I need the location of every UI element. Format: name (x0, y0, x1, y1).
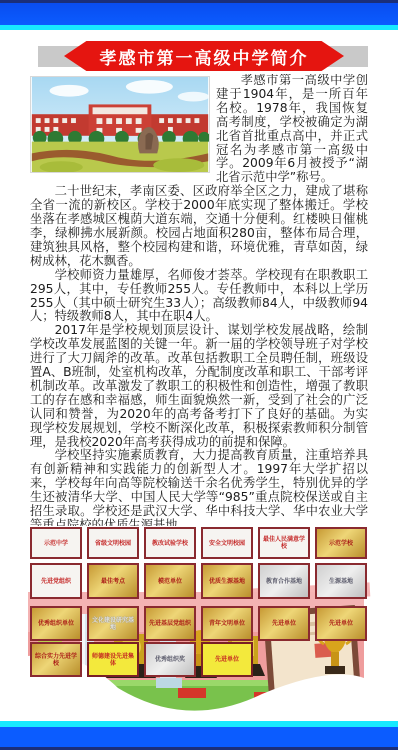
top-cyan-stripe (0, 25, 398, 30)
award-plaque: 先进单位 (315, 606, 367, 641)
school-campus-photo (30, 76, 210, 173)
award-plaque: 优秀组织单位 (30, 606, 82, 641)
title-banner-ribbon: 孝感市第一高级中学简介 (64, 41, 344, 71)
award-plaque: 先进党组织 (30, 563, 82, 599)
award-plaque: 青年文明单位 (201, 606, 253, 641)
paragraph-reform: 2017年是学校规划顶层设计、谋划学校发展战略，绘制学校改革发展蓝图的关键一年。… (30, 324, 368, 449)
award-plaque: 先进单位 (201, 642, 253, 677)
award-plaque: 示范学校 (315, 527, 367, 559)
award-plaque: 先进单位 (258, 606, 310, 641)
award-plaque: 优秀组织奖 (144, 642, 196, 677)
award-plaque: 优质生源基地 (201, 563, 253, 599)
article-body: 孝感市第一高级中学创建于1904年，是一所百年名校。1978年，我国恢复高考制度… (30, 74, 368, 526)
award-plaque: 文化建设研究基地 (87, 606, 139, 641)
award-plaque: 教育合作基地 (258, 563, 310, 599)
award-plaque: 安全文明校园 (201, 527, 253, 559)
school-intro-poster: 孝感市第一高级中学简介 (0, 0, 398, 750)
top-blue-bar (0, 3, 398, 25)
award-plaque: 最佳人民满意学校 (258, 527, 310, 559)
award-plaque: 生源基地 (315, 563, 367, 599)
paragraph-faculty: 学校师资力量雄厚，名师俊才荟萃。学校现有在职教职工295人，其中，专任教师255… (30, 269, 368, 325)
award-plaque: 示范中学 (30, 527, 82, 559)
award-plaque: 最佳考点 (87, 563, 139, 599)
paragraph-campus: 二十世纪末，孝南区委、区政府举全区之力，建成了堪称全省一流的新校区。学校于200… (30, 185, 368, 268)
paragraph-education: 学校坚持实施素质教育，大力提高教育质量，注重培养具有创新精神和实践能力的创新型人… (30, 449, 368, 526)
award-plaque: 师德建设先进集体 (87, 642, 139, 677)
bottom-blue-bar (0, 727, 398, 747)
award-row-4: 综合实力先进学校 师德建设先进集体 优秀组织奖 先进单位 (30, 642, 368, 677)
award-plaque: 先进基层党组织 (144, 606, 196, 641)
award-plaque: 模范单位 (144, 563, 196, 599)
award-row-1: 示范中学 省级文明校园 教改试验学校 安全文明校园 最佳人民满意学校 示范学校 (30, 527, 368, 559)
award-row-2: 先进党组织 最佳考点 模范单位 优质生源基地 教育合作基地 生源基地 (30, 563, 368, 599)
award-plaque: 省级文明校园 (87, 527, 139, 559)
page-title: 孝感市第一高级中学简介 (100, 44, 309, 69)
award-plaque: 综合实力先进学校 (30, 642, 82, 677)
award-plaque: 教改试验学校 (144, 527, 196, 559)
award-row-3: 优秀组织单位 文化建设研究基地 先进基层党组织 青年文明单位 先进单位 先进单位 (30, 606, 368, 641)
